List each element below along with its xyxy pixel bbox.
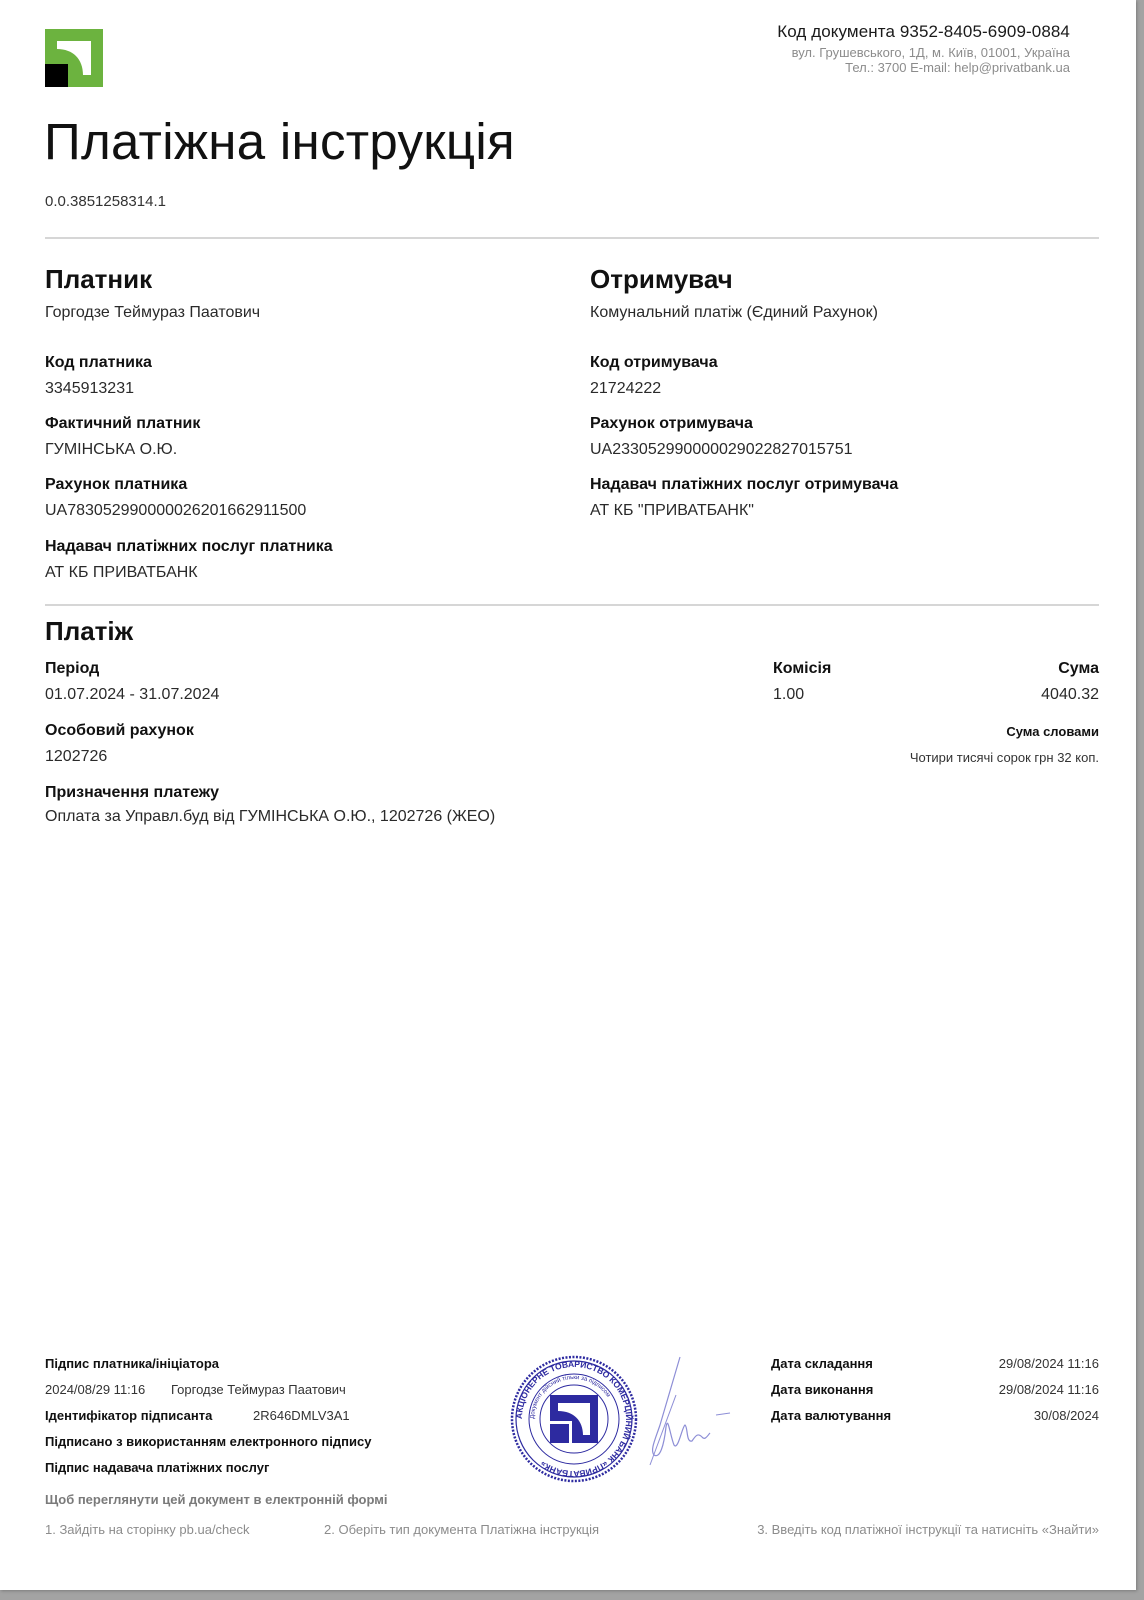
divider bbox=[45, 604, 1099, 606]
actual-payer-label: Фактичний платник bbox=[45, 415, 200, 433]
personal-account-label: Особовий рахунок bbox=[45, 722, 194, 740]
provider-signature-label: Підпис надавача платіжних послуг bbox=[45, 1460, 269, 1475]
payer-provider-value: АТ КБ ПРИВАТБАНК bbox=[45, 564, 198, 582]
sum-value: 4040.32 bbox=[1041, 686, 1099, 704]
value-date-label: Дата валютування bbox=[771, 1408, 891, 1423]
purpose-value: Оплата за Управл.буд від ГУМІНСЬКА О.Ю.,… bbox=[45, 808, 495, 826]
page-title: Платіжна інструкція bbox=[44, 112, 515, 171]
divider bbox=[45, 237, 1099, 239]
payer-signature-datetime: 2024/08/29 11:16 bbox=[45, 1382, 145, 1397]
date-executed-label: Дата виконання bbox=[771, 1382, 873, 1397]
privatbank-logo-icon bbox=[45, 29, 103, 87]
footer-step-2: 2. Оберіть тип документа Платіжна інстру… bbox=[324, 1522, 599, 1537]
signer-id-label: Ідентифікатор підписанта bbox=[45, 1408, 212, 1423]
footer-step-3: 3. Введіть код платіжної інструкції та н… bbox=[757, 1522, 1099, 1537]
period-label: Період bbox=[45, 660, 99, 678]
date-created-value: 29/08/2024 11:16 bbox=[999, 1356, 1099, 1371]
bank-address: вул. Грушевського, 1Д, м. Київ, 01001, У… bbox=[792, 45, 1070, 60]
document-page: Код документа 9352-8405-6909-0884 вул. Г… bbox=[0, 0, 1136, 1590]
payer-code-value: 3345913231 bbox=[45, 380, 134, 398]
payer-name: Горгодзе Теймураз Паатович bbox=[45, 304, 260, 322]
recipient-code-label: Код отримувача bbox=[590, 354, 718, 372]
actual-payer-value: ГУМІНСЬКА О.Ю. bbox=[45, 441, 177, 459]
document-code: Код документа 9352-8405-6909-0884 bbox=[777, 22, 1070, 42]
payer-provider-label: Надавач платіжних послуг платника bbox=[45, 538, 333, 556]
bank-address-block: вул. Грушевського, 1Д, м. Київ, 01001, У… bbox=[792, 45, 1070, 75]
recipient-account-value: UA233052990000029022827015751 bbox=[590, 441, 852, 459]
recipient-name: Комунальний платіж (Єдиний Рахунок) bbox=[590, 304, 878, 322]
payer-account-label: Рахунок платника bbox=[45, 476, 187, 494]
payment-heading: Платіж bbox=[45, 616, 133, 647]
footer-hint: Щоб переглянути цей документ в електронн… bbox=[45, 1492, 387, 1507]
sum-label: Сума bbox=[1058, 660, 1099, 678]
recipient-code-value: 21724222 bbox=[590, 380, 661, 398]
commission-value: 1.00 bbox=[773, 686, 804, 704]
date-executed-value: 29/08/2024 11:16 bbox=[999, 1382, 1099, 1397]
recipient-account-label: Рахунок отримувача bbox=[590, 415, 753, 433]
payer-heading: Платник bbox=[45, 264, 152, 295]
recipient-provider-value: АТ КБ "ПРИВАТБАНК" bbox=[590, 502, 754, 520]
period-value: 01.07.2024 - 31.07.2024 bbox=[45, 686, 219, 704]
bank-stamp-icon: АКЦІОНЕРНЕ ТОВАРИСТВО КОМЕРЦІЙНИЙ БАНК «… bbox=[510, 1355, 638, 1483]
e-signature-note: Підписано з використанням електронного п… bbox=[45, 1434, 371, 1449]
date-created-label: Дата складання bbox=[771, 1356, 873, 1371]
payer-signature-label: Підпис платника/ініціатора bbox=[45, 1356, 219, 1371]
recipient-provider-label: Надавач платіжних послуг отримувача bbox=[590, 476, 898, 494]
sum-words-label: Сума словами bbox=[1006, 724, 1099, 739]
purpose-label: Призначення платежу bbox=[45, 784, 219, 802]
commission-label: Комісія bbox=[773, 660, 831, 678]
personal-account-value: 1202726 bbox=[45, 748, 107, 766]
signer-id-value: 2R646DMLV3A1 bbox=[253, 1408, 350, 1423]
value-date-value: 30/08/2024 bbox=[1034, 1408, 1099, 1423]
handwritten-signature-icon bbox=[630, 1355, 740, 1485]
bank-contacts: Тел.: 3700 E-mail: help@privatbank.ua bbox=[792, 60, 1070, 75]
payer-signature-name: Горгодзе Теймураз Паатович bbox=[171, 1382, 346, 1397]
payer-code-label: Код платника bbox=[45, 354, 152, 372]
footer-step-1: 1. Зайдіть на сторінку pb.ua/check bbox=[45, 1522, 250, 1537]
sum-words-value: Чотири тисячі сорок грн 32 коп. bbox=[910, 750, 1099, 765]
recipient-heading: Отримувач bbox=[590, 264, 733, 295]
payer-account-value: UA783052990000026201662911500 bbox=[45, 502, 306, 520]
document-number: 0.0.3851258314.1 bbox=[45, 193, 166, 210]
